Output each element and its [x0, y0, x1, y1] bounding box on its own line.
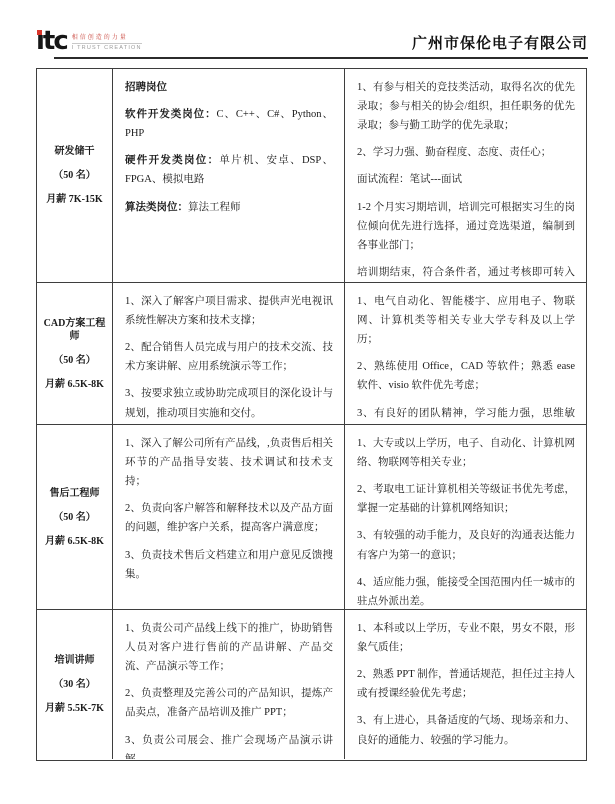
paragraph: 面试流程：笔试---面试	[357, 170, 575, 189]
paragraph: 3、负责技术售后文档建立和用户意见反馈搜集。	[125, 546, 333, 584]
position-salary: 月薪 6.5K-8K	[45, 535, 104, 548]
itc-logo: ıtc 相信创造的力量 I TRUST CREATION	[36, 28, 142, 54]
paragraph: 3、有上进心，具备适度的气场、现场亲和力、良好的通能力、较强的学习能力。	[357, 711, 575, 749]
paragraph: 1、深入了解公司所有产品线，,负责售后相关环节的产品指导安装、技术调试和技术支持…	[125, 434, 333, 491]
document-page: { "header": { "logo": { "brand": "itc", …	[0, 0, 615, 804]
paragraph: 2、学习力强、勤奋程度、态度、责任心；	[357, 143, 575, 162]
paragraph: 2、考取电工证计算机相关等级证书优先考虑，掌握一定基础的计算机网络知识；	[357, 480, 575, 518]
paragraph: 2、熟练使用 Office，CAD 等软件；熟悉 ease 软件、visio 软…	[357, 357, 575, 395]
paragraph: 1-2 个月实习期培训，培训完可根据实习生的岗位倾向优先进行选择，通过竞选渠道，…	[357, 198, 575, 255]
position-title: 售后工程师	[50, 487, 100, 500]
position-count: （50 名）	[53, 354, 96, 367]
position-count: （30 名）	[53, 678, 96, 691]
recruitment-table: 研发储干 （50 名） 月薪 7K-15K 招聘岗位软件开发类岗位：C、C++、…	[36, 68, 587, 761]
paragraph: 软件开发类岗位：C、C++、C#、Python、PHP	[125, 105, 333, 143]
paragraph: 1、电气自动化、智能楼宇、应用电子、物联网、计算机类等相关专业大学专科及以上学历…	[357, 292, 575, 349]
requirements-cell: 1、有参与相关的竞技类活动，取得名次的优先录取；参与相关的协会/组织，担任职务的…	[345, 69, 586, 282]
company-name: 广州市保伦电子有限公司	[412, 32, 588, 53]
position-title: CAD方案工程师	[39, 317, 110, 343]
paragraph: 硬件开发类岗位：单片机、安卓、DSP、FPGA、模拟电路	[125, 151, 333, 189]
position-cell: 售后工程师 （50 名） 月薪 6.5K-8K	[37, 425, 113, 609]
paragraph: 1、负责公司产品线上线下的推广，协助销售人员对客户进行售前的产品讲解、产品交流、…	[125, 619, 333, 676]
itc-logo-icon: ıtc	[36, 28, 67, 54]
paragraph: 招聘岗位	[125, 78, 333, 97]
row-cad-engineer: CAD方案工程师 （50 名） 月薪 6.5K-8K 1、深入了解客户项目需求、…	[37, 283, 586, 425]
paragraph: 3、有良好的团队精神，学习能力强，思维敏捷，良好的沟通表达能力。	[357, 404, 575, 424]
paragraph: 算法类岗位：算法工程师	[125, 198, 333, 217]
logo-slogan-cn: 相信创造的力量	[72, 35, 142, 42]
requirements-cell: 1、本科或以上学历，专业不限，男女不限，形象气质佳；2、熟悉 PPT 制作，普通…	[345, 610, 586, 759]
paragraph: 3、有较强的动手能力，及良好的沟通表达能力有客户为第一的意识；	[357, 526, 575, 564]
paragraph: 2、负责向客户解答和解释技术以及产品方面的问题，维护客户关系，提高客户满意度；	[125, 499, 333, 537]
duties-cell: 1、深入了解客户项目需求、提供声光电视讯系统性解决方案和技术支撑；2、配合销售人…	[113, 283, 345, 424]
position-count: （50 名）	[53, 511, 96, 524]
requirements-cell: 1、大专或以上学历，电子、自动化、计算机网络、物联网等相关专业；2、考取电工证计…	[345, 425, 586, 609]
paragraph: 3、按要求独立或协助完成项目的深化设计与规划，推动项目实施和交付。	[125, 384, 333, 422]
header-underline	[54, 57, 588, 59]
position-title: 培训讲师	[55, 654, 95, 667]
position-count: （50 名）	[53, 169, 96, 182]
paragraph: 2、负责整理及完善公司的产品知识，提炼产品卖点，准备产品培训及推广 PPT；	[125, 684, 333, 722]
logo-slogans: 相信创造的力量 I TRUST CREATION	[72, 35, 142, 52]
duties-cell: 1、深入了解公司所有产品线，,负责售后相关环节的产品指导安装、技术调试和技术支持…	[113, 425, 345, 609]
row-training-lecturer: 培训讲师 （30 名） 月薪 5.5K-7K 1、负责公司产品线上线下的推广，协…	[37, 610, 586, 759]
paragraph: 1、本科或以上学历，专业不限，男女不限，形象气质佳；	[357, 619, 575, 657]
duties-cell: 招聘岗位软件开发类岗位：C、C++、C#、Python、PHP硬件开发类岗位：单…	[113, 69, 345, 282]
page-header: ıtc 相信创造的力量 I TRUST CREATION 广州市保伦电子有限公司	[36, 26, 588, 60]
paragraph: 1、深入了解客户项目需求、提供声光电视讯系统性解决方案和技术支撑；	[125, 292, 333, 330]
paragraph: 3、负责公司展会、推广会现场产品演示讲解。	[125, 731, 333, 759]
logo-slogan-en: I TRUST CREATION	[72, 43, 142, 52]
position-cell: CAD方案工程师 （50 名） 月薪 6.5K-8K	[37, 283, 113, 424]
paragraph: 1、大专或以上学历，电子、自动化、计算机网络、物联网等相关专业；	[357, 434, 575, 472]
row-rd-trainee: 研发储干 （50 名） 月薪 7K-15K 招聘岗位软件开发类岗位：C、C++、…	[37, 69, 586, 283]
paragraph: 培训期结束，符合条件者，通过考核即可转入试用期；	[357, 263, 575, 282]
position-salary: 月薪 6.5K-8K	[45, 378, 104, 391]
paragraph: 2、配合销售人员完成与用户的技术交流、技术方案讲解、应用系统演示等工作；	[125, 338, 333, 376]
duties-cell: 1、负责公司产品线上线下的推广，协助销售人员对客户进行售前的产品讲解、产品交流、…	[113, 610, 345, 759]
requirements-cell: 1、电气自动化、智能楼宇、应用电子、物联网、计算机类等相关专业大学专科及以上学历…	[345, 283, 586, 424]
paragraph: 2、熟悉 PPT 制作，普通话规范，担任过主持人或有授课经验优先考虑；	[357, 665, 575, 703]
position-title: 研发储干	[55, 145, 95, 158]
position-cell: 培训讲师 （30 名） 月薪 5.5K-7K	[37, 610, 113, 759]
paragraph: 4、适应能力强，能接受全国范围内任一城市的驻点外派出差。	[357, 573, 575, 609]
position-salary: 月薪 5.5K-7K	[45, 702, 104, 715]
row-aftersales-engineer: 售后工程师 （50 名） 月薪 6.5K-8K 1、深入了解公司所有产品线，,负…	[37, 425, 586, 610]
position-salary: 月薪 7K-15K	[46, 193, 102, 206]
paragraph: 1、有参与相关的竞技类活动，取得名次的优先录取；参与相关的协会/组织，担任职务的…	[357, 78, 575, 135]
position-cell: 研发储干 （50 名） 月薪 7K-15K	[37, 69, 113, 282]
